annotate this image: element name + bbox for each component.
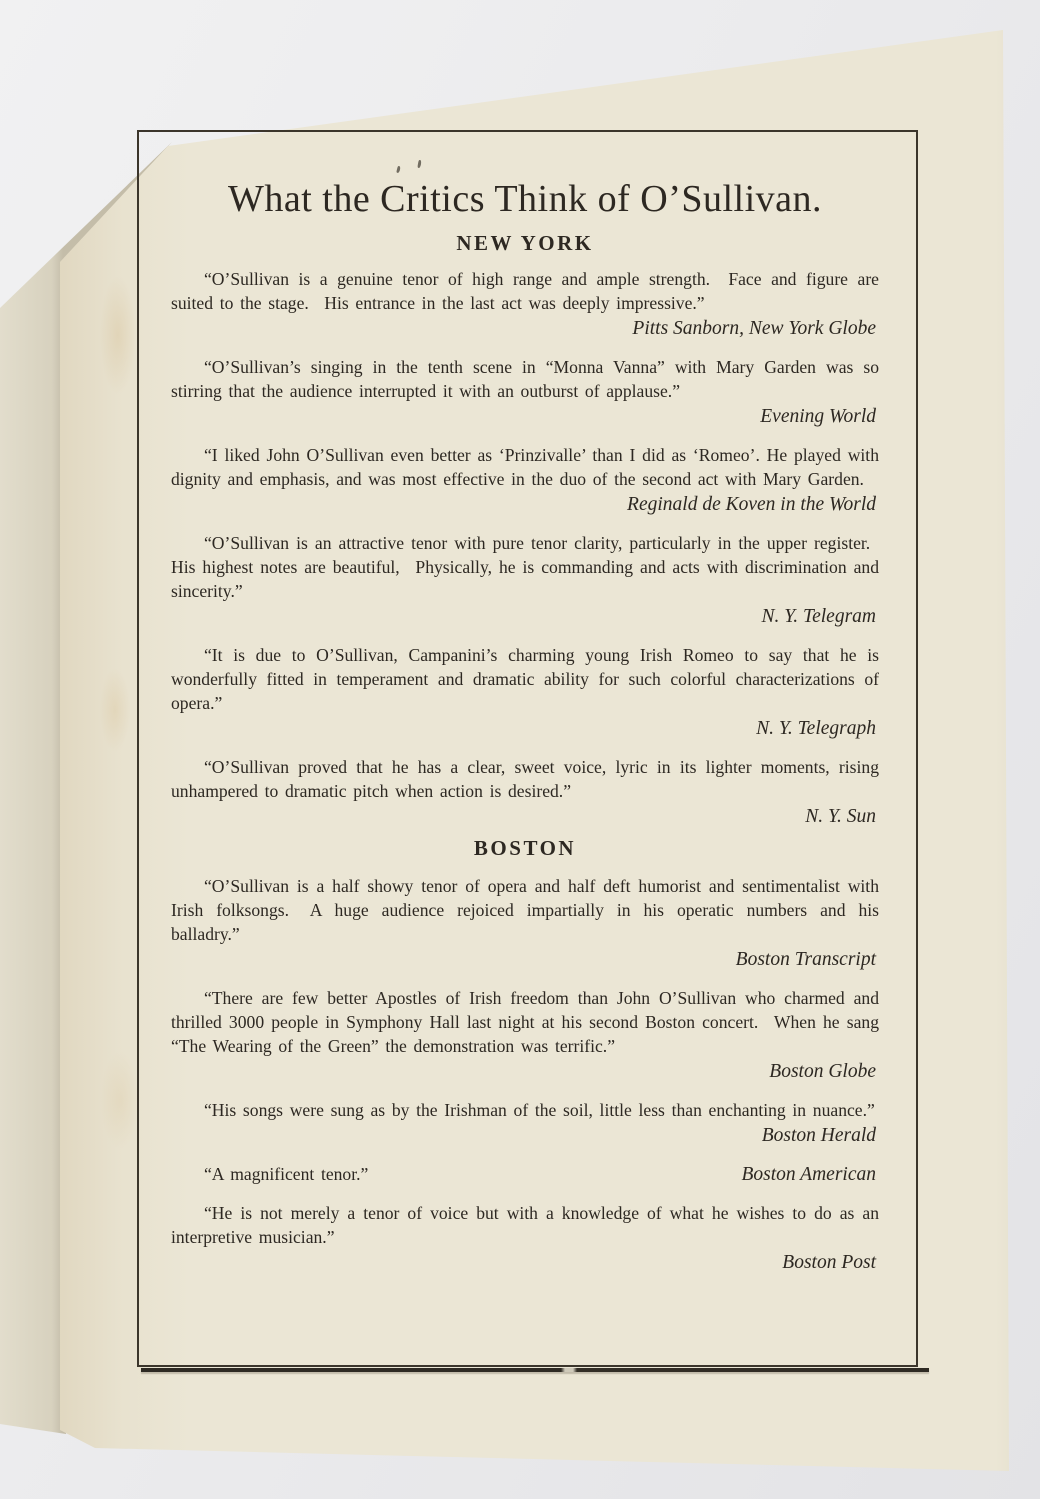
- quote: “A magnificent tenor.” Boston American: [171, 1162, 879, 1187]
- quote-source: Boston American: [741, 1162, 879, 1187]
- quote: “O’Sullivan is a half showy tenor of ope…: [171, 874, 879, 972]
- quote-source: Boston Post: [171, 1250, 879, 1275]
- quote-source: N. Y. Telegraph: [171, 716, 879, 741]
- page-title: What the Critics Think of O’Sullivan.: [171, 174, 879, 224]
- quote-text: “I liked John O’Sullivan even better as …: [171, 443, 879, 491]
- scanned-program-page: What the Critics Think of O’Sullivan. NE…: [0, 0, 1040, 1499]
- quote: “I liked John O’Sullivan even better as …: [171, 443, 879, 517]
- quote: “It is due to O’Sullivan, Campanini’s ch…: [171, 643, 879, 741]
- quote-source: N. Y. Telegram: [171, 604, 879, 629]
- quote-source: Boston Globe: [171, 1059, 879, 1084]
- quote-source: Evening World: [171, 404, 879, 429]
- quote-text: “There are few better Apostles of Irish …: [171, 986, 879, 1058]
- quote-text: “O’Sullivan is a genuine tenor of high r…: [171, 267, 879, 315]
- section-heading-new-york: NEW YORK: [171, 231, 879, 255]
- quote-text: “His songs were sung as by the Irishman …: [171, 1098, 879, 1122]
- quote-text: “O’Sullivan is an attractive tenor with …: [171, 531, 879, 603]
- page-content: What the Critics Think of O’Sullivan. NE…: [171, 160, 879, 1275]
- quote-source: Boston Transcript: [171, 947, 879, 972]
- quote-text: “O’Sullivan is a half showy tenor of ope…: [171, 874, 879, 946]
- quote-source: Reginald de Koven in the World: [171, 492, 879, 517]
- quote-text: “O’Sullivan proved that he has a clear, …: [171, 755, 879, 803]
- quote: “There are few better Apostles of Irish …: [171, 986, 879, 1084]
- quote-source: Boston Herald: [171, 1123, 879, 1148]
- quote-text: “O’Sullivan’s singing in the tenth scene…: [171, 355, 879, 403]
- bottom-thick-rule: [141, 1368, 929, 1372]
- quote-text: “He is not merely a tenor of voice but w…: [171, 1201, 879, 1249]
- quote-text: “A magnificent tenor.”: [171, 1162, 368, 1186]
- quote: “O’Sullivan is an attractive tenor with …: [171, 531, 879, 629]
- quote-source: Pitts Sanborn, New York Globe: [171, 316, 879, 341]
- quote-text: “It is due to O’Sullivan, Campanini’s ch…: [171, 643, 879, 715]
- quote: “He is not merely a tenor of voice but w…: [171, 1201, 879, 1275]
- quote: “O’Sullivan proved that he has a clear, …: [171, 755, 879, 829]
- quote: “O’Sullivan’s singing in the tenth scene…: [171, 355, 879, 429]
- quote: “O’Sullivan is a genuine tenor of high r…: [171, 267, 879, 341]
- quote: “His songs were sung as by the Irishman …: [171, 1098, 879, 1148]
- section-heading-boston: BOSTON: [171, 836, 879, 860]
- quote-source: N. Y. Sun: [171, 804, 879, 829]
